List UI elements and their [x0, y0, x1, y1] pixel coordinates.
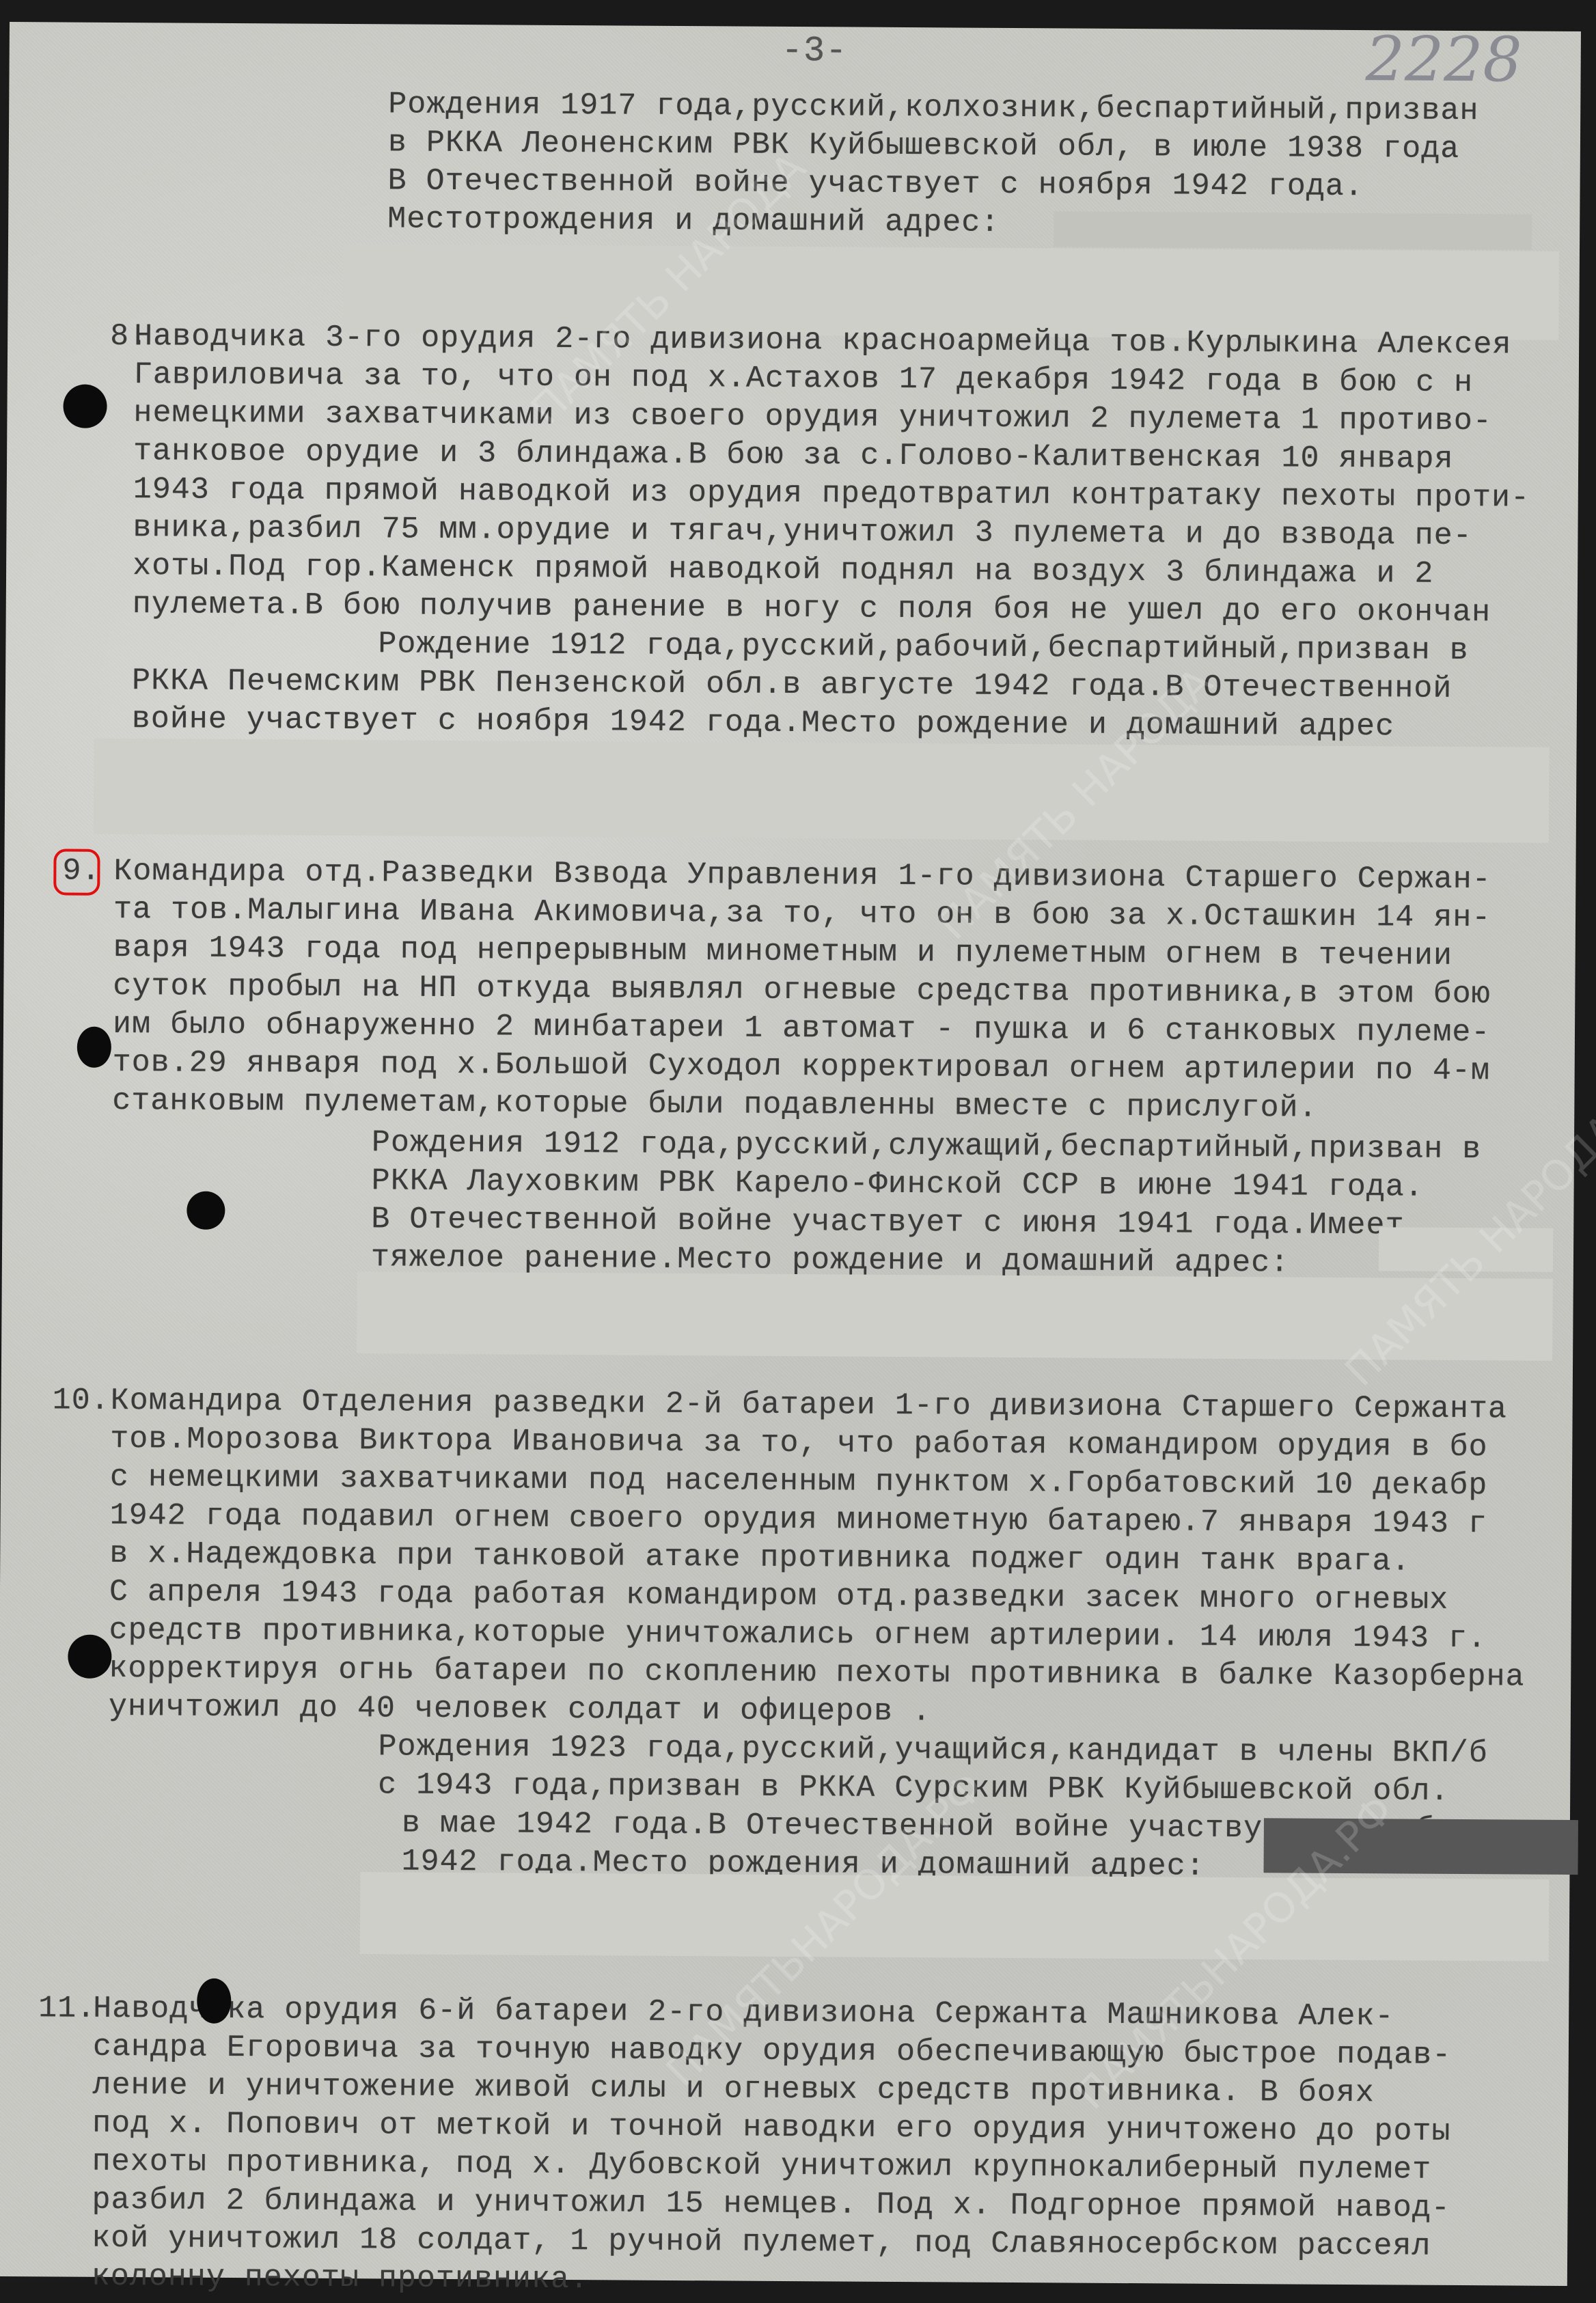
entry-line: пулемета.В бою получив ранение в ногу с …	[133, 585, 1491, 632]
document-page: -3- 2228 Рождения 1917 года,русский,колх…	[0, 22, 1581, 2286]
punch-hole	[197, 1978, 231, 2024]
entry-line: уничтожил до 40 человек солдат и офицеро…	[109, 1688, 932, 1731]
punch-hole	[68, 1635, 111, 1679]
entry-number: 10.	[53, 1381, 110, 1420]
bio-line: В Отечественной войне участвует с июня 1…	[371, 1200, 1405, 1245]
punch-hole	[63, 384, 107, 428]
intro-line: В Отечественной войне участвует с ноября…	[387, 162, 1364, 206]
redacted-address	[1379, 1227, 1553, 1272]
intro-line: в РККА Леоненским РВК Куйбышевской обл, …	[388, 124, 1460, 169]
punch-hole	[187, 1191, 225, 1230]
entry-line: колонну пехоты противника.	[92, 2258, 589, 2299]
intro-line: Местотрождения и домашний адрес:	[387, 200, 1000, 242]
redacted-address	[1054, 211, 1532, 249]
archive-number-handwritten: 2228	[1365, 23, 1522, 96]
bio-line: Рождения 1912 года,русский,служащий,бесп…	[372, 1124, 1482, 1169]
entry-number: 9.	[62, 852, 100, 890]
bio-line: с 1943 года,призван в РККА Сурским РВК К…	[378, 1766, 1450, 1811]
redacted-address-dark	[1263, 1818, 1578, 1875]
entry-number: 11.	[38, 1989, 96, 2028]
redacted-address-block	[357, 1271, 1553, 1361]
redacted-address-block	[360, 1872, 1550, 1961]
punch-hole	[77, 1027, 111, 1068]
entry-line: станковым пулеметам,которые были подавле…	[112, 1082, 1318, 1128]
intro-line: Рождения 1917 года,русский,колхозник,бес…	[388, 85, 1479, 130]
bio-line: Рождение 1912 года,русский,рабочий,беспа…	[378, 625, 1469, 670]
page-number: -3-	[782, 32, 848, 71]
bio-line: РККА Лауховким РВК Карело-Финской ССР в …	[371, 1162, 1424, 1206]
redacted-address-block	[94, 739, 1550, 843]
bio-line: Рождения 1923 года,русский,учащийся,канд…	[378, 1728, 1488, 1773]
